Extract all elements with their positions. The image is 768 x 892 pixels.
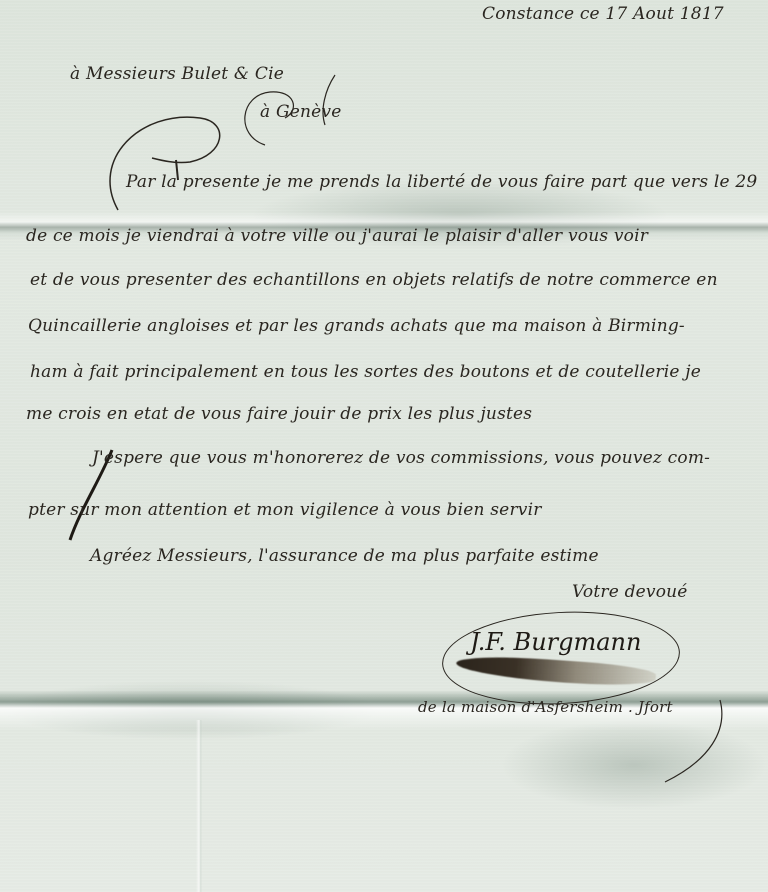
body-line-5: ham à fait principalement en tous les so…	[30, 362, 701, 382]
closing: Votre devoué	[572, 582, 688, 602]
dateline: Constance ce 17 Aout 1817	[482, 4, 724, 24]
body-line-3: et de vous presenter des echantillons en…	[30, 270, 718, 290]
body-line-9: Agréez Messieurs, l'assurance de ma plus…	[90, 546, 599, 566]
paper-shadow	[500, 720, 768, 810]
addressee-line: à Messieurs Bulet & Cie	[70, 64, 284, 84]
addressee-place: à Genève	[260, 102, 341, 122]
letter-sheet: Constance ce 17 Aout 1817 à Messieurs Bu…	[0, 0, 768, 892]
body-line-1: Par la presente je me prends la liberté …	[126, 172, 757, 192]
body-line-8: pter sur mon attention et mon vigilence …	[28, 500, 542, 520]
body-line-2: de ce mois je viendrai à votre ville ou …	[26, 226, 648, 246]
body-line-7: J'espere que vous m'honorerez de vos com…	[92, 448, 710, 468]
body-line-4: Quincaillerie angloises et par les grand…	[28, 316, 685, 336]
fold-crease-vertical	[196, 720, 202, 892]
signature-note: de la maison d'Asfersheim . Jfort	[418, 698, 673, 716]
signature: J.F. Burgmann	[470, 628, 641, 656]
body-line-6: me crois en etat de vous faire jouir de …	[26, 404, 532, 424]
